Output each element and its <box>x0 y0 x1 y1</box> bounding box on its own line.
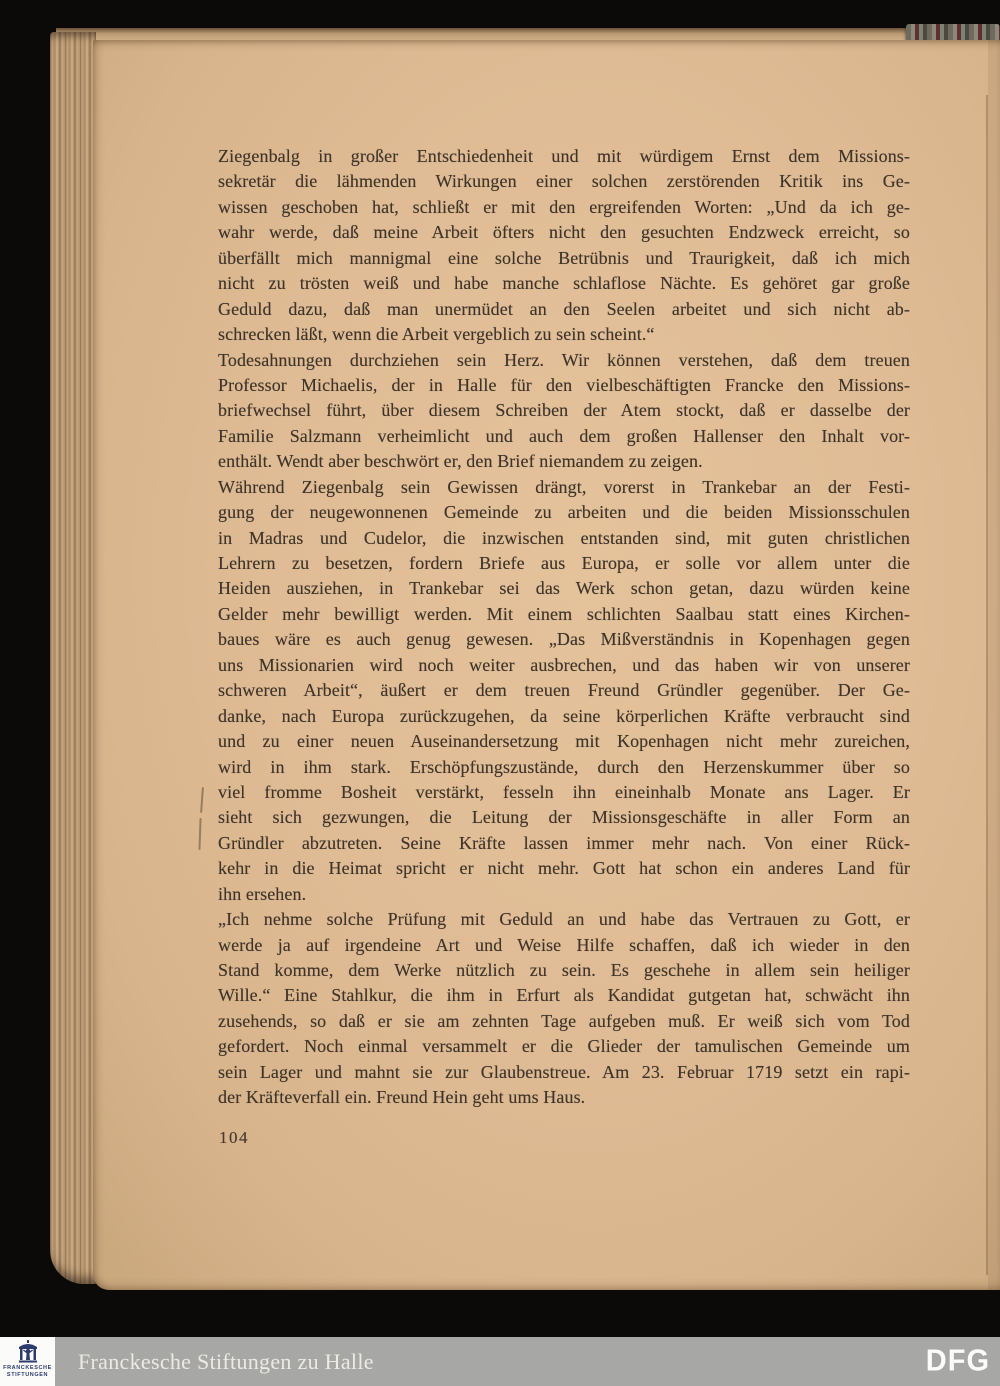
text-line: ihn ersehen. <box>218 882 910 907</box>
text-line: gefordert. Noch einmal versammelt er die… <box>218 1034 910 1059</box>
margin-pen-mark <box>198 818 201 850</box>
text-line: wird in ihm stark. Erschöpfungszustände,… <box>218 755 910 780</box>
text-line: sekretär die lähmenden Wirkungen einer s… <box>218 169 910 194</box>
page-number: 104 <box>219 1128 249 1148</box>
book-page: Ziegenbalg in großer Entschiedenheit und… <box>93 40 1000 1290</box>
text-line: Gründler abzutreten. Seine Kräfte lassen… <box>218 831 910 856</box>
text-line: sein Lager und mahnt sie zur Glaubenstre… <box>218 1060 910 1085</box>
page-crease <box>986 95 988 1275</box>
margin-pen-mark <box>200 787 204 813</box>
text-line: baues wäre es auch genug gewesen. „Das M… <box>218 627 910 652</box>
text-line: Wille.“ Eine Stahlkur, die ihm in Erfurt… <box>218 983 910 1008</box>
text-line: gung der neugewonnenen Gemeinde zu arbei… <box>218 500 910 525</box>
text-line: und zu einer neuen Auseinandersetzung mi… <box>218 729 910 754</box>
text-line: sieht sich gezwungen, die Leitung der Mi… <box>218 805 910 830</box>
text-line: wissen geschoben hat, schließt er mit de… <box>218 195 910 220</box>
text-line: Familie Salzmann verheimlicht und auch d… <box>218 424 910 449</box>
text-line: Stand komme, dem Werke nützlich zu sein.… <box>218 958 910 983</box>
book-scan: Ziegenbalg in großer Entschiedenheit und… <box>0 0 1000 1386</box>
text-line: briefwechsel führt, über diesem Schreibe… <box>218 398 910 423</box>
text-line: enthält. Wendt aber beschwört er, den Br… <box>218 449 910 474</box>
text-line: überfällt mich mannigmal eine solche Bet… <box>218 246 910 271</box>
viewer-footer: FRANCKESCHE STIFTUNGEN Franckesche Stift… <box>0 1337 1000 1386</box>
institution-name: Franckesche Stiftungen zu Halle <box>78 1337 374 1386</box>
logo-caption: FRANCKESCHE STIFTUNGEN <box>3 1365 52 1378</box>
page-text: Ziegenbalg in großer Entschiedenheit und… <box>218 144 910 1111</box>
text-line: Professor Michaelis, der in Halle für de… <box>218 373 910 398</box>
text-line: Ziegenbalg in großer Entschiedenheit und… <box>218 144 910 169</box>
text-line: nicht zu trösten weiß und habe manche sc… <box>218 271 910 296</box>
franckesche-emblem-icon <box>16 1340 40 1364</box>
page-gutter-shade <box>988 40 1000 1290</box>
text-line: uns Missionarien wird noch weiter ausbre… <box>218 653 910 678</box>
text-line: danke, nach Europa zurückzugehen, da sei… <box>218 704 910 729</box>
text-line: schweren Arbeit“, äußert er dem treuen F… <box>218 678 910 703</box>
text-line: „Ich nehme solche Prüfung mit Geduld an … <box>218 907 910 932</box>
text-line: Lehrern zu besetzen, fordern Briefe aus … <box>218 551 910 576</box>
text-line: der Kräfteverfall ein. Freund Hein geht … <box>218 1085 910 1110</box>
dfg-logo: DFG <box>926 1336 990 1386</box>
text-line: Todesahnungen durchziehen sein Herz. Wir… <box>218 348 910 373</box>
text-line: viel fromme Bosheit verstärkt, fesseln i… <box>218 780 910 805</box>
franckesche-stiftungen-logo: FRANCKESCHE STIFTUNGEN <box>0 1337 55 1386</box>
text-line: Während Ziegenbalg sein Gewissen drängt,… <box>218 475 910 500</box>
text-line: schrecken läßt, wenn die Arbeit vergebli… <box>218 322 910 347</box>
text-line: Geduld dazu, daß man unermüdet an den Se… <box>218 297 910 322</box>
text-line: wahr werde, daß meine Arbeit öfters nich… <box>218 220 910 245</box>
text-line: zusehends, so daß er sie am zehnten Tage… <box>218 1009 910 1034</box>
text-line: in Madras und Cudelor, die inzwischen en… <box>218 526 910 551</box>
text-line: kehr in die Heimat spricht er nicht mehr… <box>218 856 910 881</box>
page-stack-edge <box>50 32 96 1284</box>
text-line: Gelder mehr bewilligt werden. Mit einem … <box>218 602 910 627</box>
text-line: werde ja auf irgendeine Art und Weise Hi… <box>218 933 910 958</box>
text-line: Heiden ausziehen, in Trankebar sei das W… <box>218 576 910 601</box>
